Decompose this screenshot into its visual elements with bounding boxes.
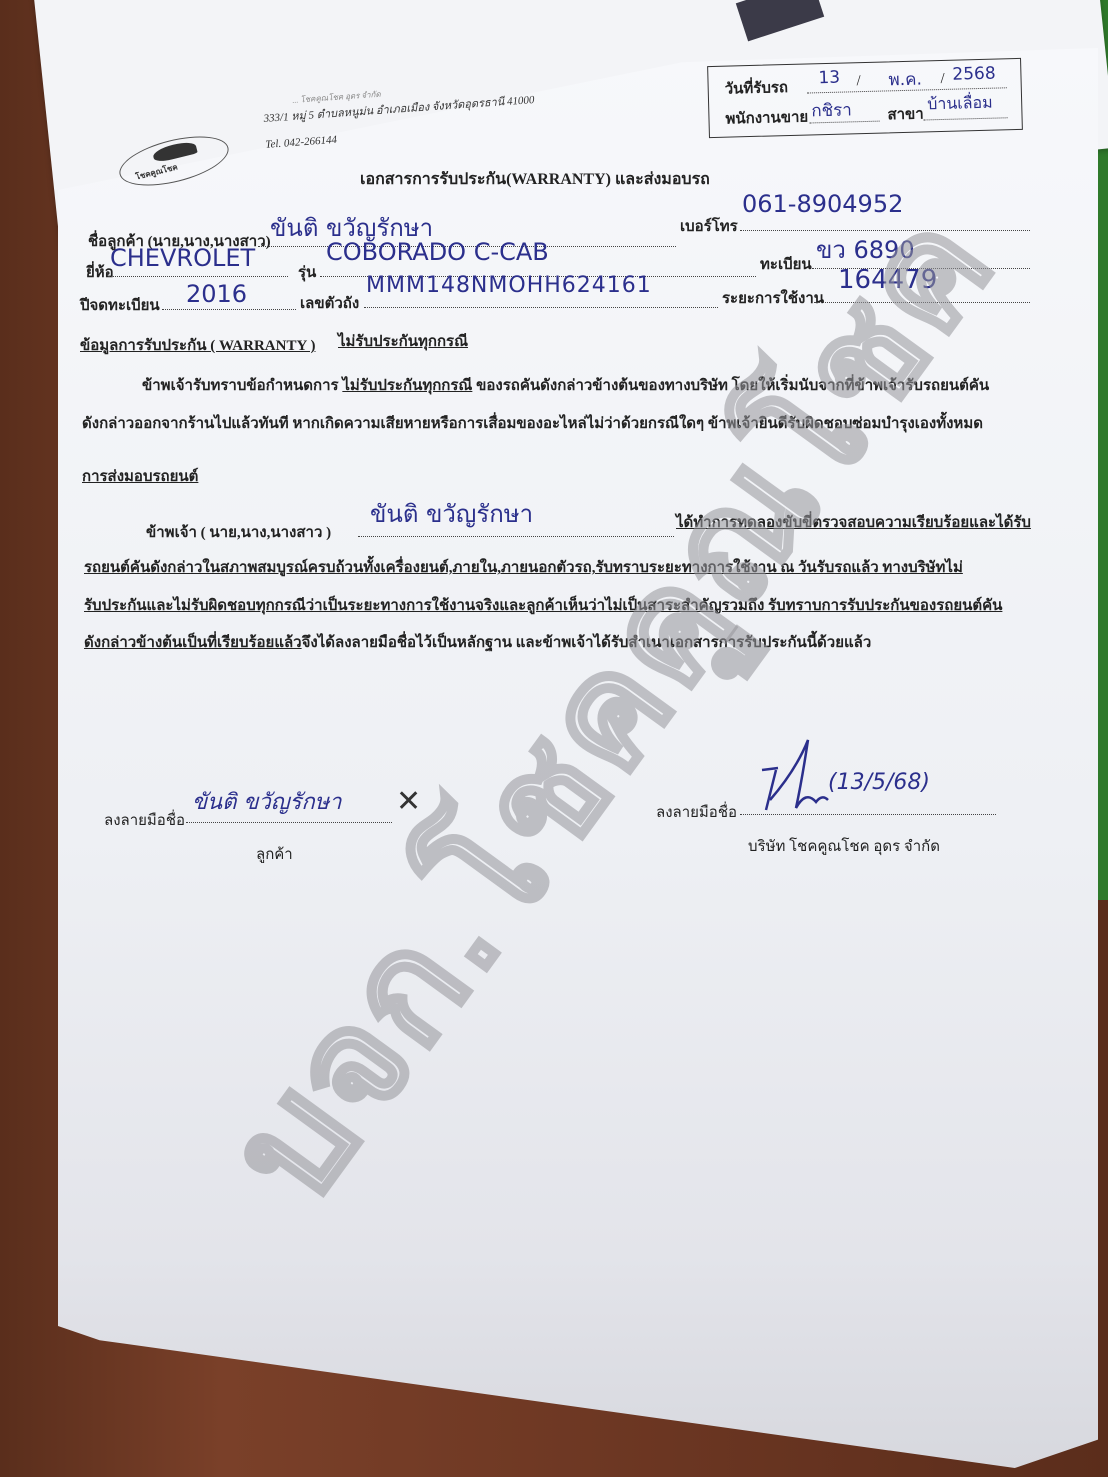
brand-value: CHEVROLET (110, 244, 255, 272)
customer-sign-label: ลงลายมือชื่อ (104, 808, 185, 832)
warranty-status: ไม่รับประกันทุกกรณี (338, 329, 468, 353)
delivery-customer-name: ขันติ ขวัญรักษา (370, 494, 533, 533)
company-watermark-stamp: บจก.โชคคูณโชค (170, 160, 1053, 1250)
delivery-heading: การส่งมอบรถยนต์ (82, 464, 198, 488)
company-signature-date: (13/5/68) (828, 770, 930, 795)
company-role: บริษัท โชคคูณโชค อุดร จำกัด (748, 834, 940, 858)
salesperson-label: พนักงานขาย (725, 104, 808, 130)
document-content: วันที่รับรถ 13 / พ.ค. / 2568 พนักงานขาย … (0, 0, 1108, 1477)
customer-role: ลูกค้า (256, 842, 293, 866)
reg-year-value: 2016 (186, 280, 247, 308)
branch-label: สาขา (887, 101, 924, 126)
customer-signature: ขันติ ขวัญรักษา (192, 784, 342, 819)
company-signature-scribble (756, 730, 836, 815)
model-value: COBORADO C-CAB (326, 238, 549, 266)
branch-value: บ้านเลื่อม (927, 91, 993, 118)
chassis-value: MMM148NMOHH624161 (366, 273, 652, 298)
receive-day: 13 (818, 68, 840, 89)
delivery-intro-label: ข้าพเจ้า ( นาย,นาง,นางสาว ) (146, 520, 331, 544)
company-logo: โชคคูณโชค (115, 127, 234, 195)
chassis-label: เลขตัวถัง (300, 291, 359, 315)
phone-label: เบอร์โทร (680, 214, 738, 238)
receive-month: พ.ค. (888, 66, 922, 94)
warranty-heading: ข้อมูลการรับประกัน ( WARRANTY ) (80, 333, 315, 357)
model-label: รุ่น (298, 260, 316, 284)
letterhead: ... โชคคูณโชค อุดร จำกัด 333/1 หมู่ 5 ตำ… (262, 77, 537, 151)
receive-info-box: วันที่รับรถ 13 / พ.ค. / 2568 พนักงานขาย … (707, 58, 1023, 138)
salesperson-value: กชิรา (811, 96, 852, 124)
receive-date-label: วันที่รับรถ (724, 75, 788, 101)
document-title: เอกสารการรับประกัน(WARRANTY) และส่งมอบรถ (360, 167, 710, 192)
reg-year-label: ปีจดทะเบียน (80, 293, 160, 317)
company-tel: Tel. 042-266144 (265, 120, 537, 151)
receive-year: 2568 (952, 64, 996, 85)
